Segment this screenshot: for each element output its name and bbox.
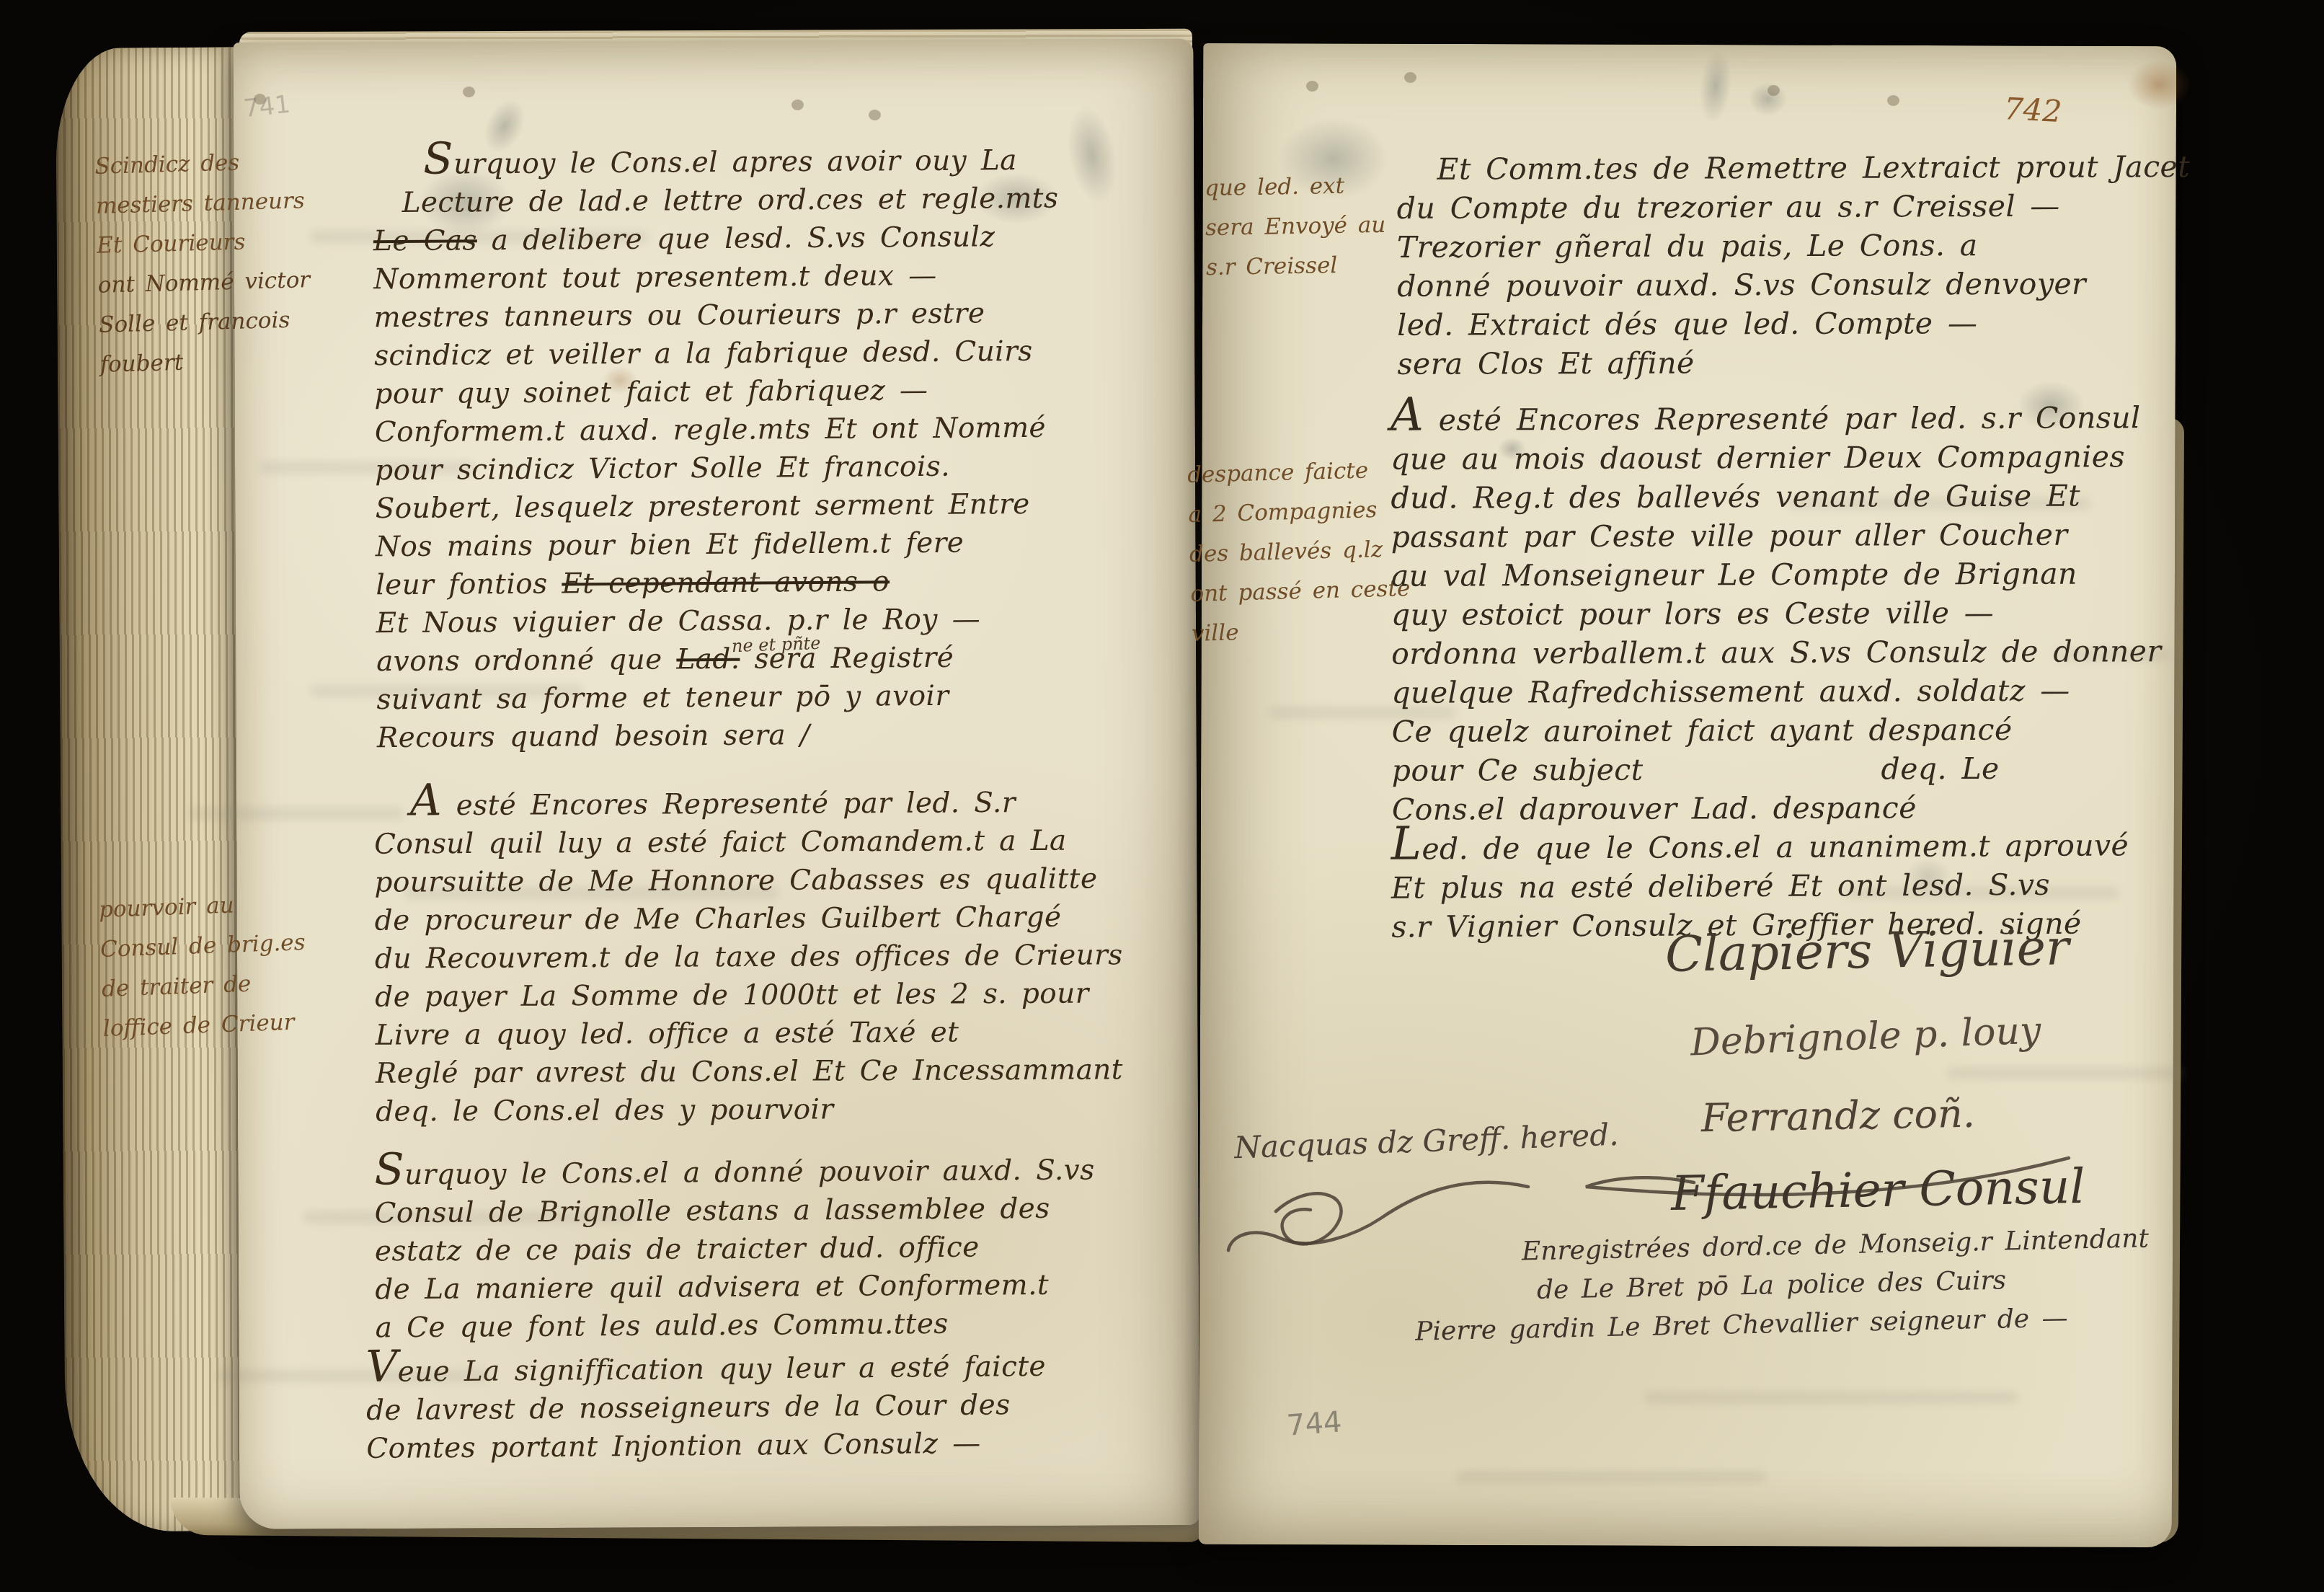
margin-note-line: que led. ext xyxy=(1205,166,1385,208)
text-line: Et plus na esté deliberé Et ont lesd. S.… xyxy=(1391,864,2129,907)
left-margin-note-top: Scindicz des mestiers tanneurs Et Courie… xyxy=(94,141,313,385)
text-line: Le Cas a delibere que lesd. S.vs Consulz xyxy=(373,218,1059,261)
text-line: Led. de que le Cons.el a unanimem.t apro… xyxy=(1391,820,2129,868)
text-line: scindicz et veiller a la fabrique desd. … xyxy=(374,332,1060,376)
text-line: dud. Reg.t des ballevés venant de Guise … xyxy=(1391,476,2160,518)
signature-consul-ferrand: Ferrandz coñ. xyxy=(1700,1091,1975,1141)
bleedthrough-line xyxy=(1946,1067,2184,1079)
text-line: leur fontios Et cependant avons o xyxy=(376,562,1061,605)
text-line: quelque Rafredchissement auxd. soldatz — xyxy=(1391,671,2161,712)
text-line: poursuitte de Me Honnore Cabasses es qua… xyxy=(374,859,1122,901)
right-paragraph-1: Et Comm.tes de Remettre Lextraict prout … xyxy=(1396,147,2191,384)
registration-note: Enregistrées dord.ce de Monseig.r Linten… xyxy=(1413,1219,2150,1351)
struck-text: Le Cas xyxy=(373,224,477,257)
margin-note-line: mestiers tanneurs xyxy=(95,181,309,226)
margin-note-line: des ballevés q.lz xyxy=(1189,529,1409,575)
signature-consul-fauchier: Ffauchier Consul xyxy=(1670,1159,2085,1221)
margin-note-line: loffice de Crieur xyxy=(102,1002,309,1049)
bleedthrough-line xyxy=(1456,1471,1766,1483)
ink-dot xyxy=(1306,81,1318,92)
stain xyxy=(1741,76,1795,123)
manuscript-scan: 741 Scindicz des mestiers tanneurs Et Co… xyxy=(0,0,2324,1592)
text-line: de La maniere quil advisera et Conformem… xyxy=(375,1266,1096,1309)
text-line: Livre a quoy led. office a esté Taxé et xyxy=(375,1012,1123,1054)
text-line: Lecture de lad.e lettre ord.ces et regle… xyxy=(373,180,1058,223)
text-line: Conformem.t auxd. regle.mts Et ont Nommé xyxy=(375,409,1060,452)
text-line: pour quy soinet faict et fabriquez — xyxy=(374,371,1060,414)
bleedthrough-line xyxy=(1644,1392,2018,1404)
text-line: de procureur de Me Charles Guilbert Char… xyxy=(375,898,1123,939)
text-line: deq. le Cons.el des y pourvoir xyxy=(376,1089,1124,1131)
margin-note-line: despance faicte xyxy=(1187,450,1407,495)
left-paragraph-4: Veue La signiffication quy leur a esté f… xyxy=(365,1343,1047,1468)
margin-note-line: pourvoir au xyxy=(98,883,304,930)
text-line: pour scindicz Victor Solle Et francois. xyxy=(375,447,1060,490)
margin-note-line: foubert xyxy=(99,340,313,385)
text-line: Nos mains pour bien Et fidellem.t fere xyxy=(376,523,1061,567)
ink-dot xyxy=(1768,85,1780,96)
text-line: Recours quand besoin sera / xyxy=(377,715,1063,758)
text-line: que au mois daoust dernier Deux Compagni… xyxy=(1391,437,2160,479)
text-line: A esté Encores Representé par led. S.r xyxy=(374,778,1122,825)
text-line: Et Nous viguier de Cassa. p.r le Roy — xyxy=(376,600,1062,643)
margin-note-line: Scindicz des xyxy=(94,141,308,187)
text-line: a Ce que font les auld.es Commu.ttes xyxy=(376,1304,1096,1348)
margin-note-line: s.r Creissel xyxy=(1205,245,1386,288)
text-line: du Compte du trezorier au s.r Creissel — xyxy=(1397,186,2191,228)
text-line: estatz de ce pais de traicter dud. offic… xyxy=(375,1228,1096,1271)
left-paragraph-3: Surquoy le Cons.el a donné pouvoir auxd.… xyxy=(374,1146,1096,1348)
ink-dot xyxy=(1404,72,1416,83)
text-line: Consul de Brignolle estans a lassemblee … xyxy=(374,1190,1095,1233)
right-margin-note-mid: despance faicte a 2 Compagnies des balle… xyxy=(1187,450,1411,654)
bleedthrough-line xyxy=(187,808,404,820)
text-line: Soubert, lesquelz presteront serment Ent… xyxy=(375,485,1060,529)
text-line: Reglé par avrest du Cons.el Et Ce Incess… xyxy=(376,1051,1124,1092)
text-line: Ce quelz auroinet faict ayant despancé xyxy=(1391,709,2161,751)
struck-text: Et cependant avons o xyxy=(562,565,890,600)
text-line: avons ordonné que Lad. sera Registré xyxy=(376,638,1062,681)
margin-note-line: Et Courieurs xyxy=(97,221,310,266)
text-line: led. Extraict dés que led. Compte — xyxy=(1397,303,2191,345)
left-paragraph-2: A esté Encores Representé par led. S.r C… xyxy=(374,778,1124,1131)
text-line: donné pouvoir auxd. S.vs Consulz denvoye… xyxy=(1397,264,2191,306)
text-line: mestres tanneurs ou Courieurs p.r estre xyxy=(374,294,1060,337)
text-line: Trezorier gñeral du pais, Le Cons. a xyxy=(1397,225,2191,267)
text-line: du Recouvrem.t de la taxe des offices de… xyxy=(375,936,1123,978)
right-paragraph-2: A esté Encores Representé par led. s.r C… xyxy=(1391,392,2162,829)
text-line: pour Ce subjectdeq. Le xyxy=(1392,748,2162,790)
text-line: Consul quil luy a esté faict Comandem.t … xyxy=(374,821,1122,863)
left-folio-pencil-number: 741 xyxy=(242,90,292,124)
margin-note-line: a 2 Compagnies xyxy=(1188,490,1409,535)
margin-note-line: sera Envoyé au xyxy=(1205,205,1386,248)
left-paragraph-1: Surquoy le Cons.el apres avoir ouy La Le… xyxy=(373,136,1063,758)
bottom-folio-pencil-number: 744 xyxy=(1285,1405,1342,1442)
text-line: au val Monseigneur Le Compte de Brignan xyxy=(1391,554,2161,596)
text-line: Surquoy le Cons.el apres avoir ouy La xyxy=(373,136,1058,185)
margin-note-line: Consul de brig.es xyxy=(99,923,306,970)
margin-note-line: de traiter de xyxy=(101,963,307,1009)
text-line: Et Comm.tes de Remettre Lextraict prout … xyxy=(1396,147,2190,189)
text-line: A esté Encores Representé par led. s.r C… xyxy=(1391,392,2160,440)
text-line: Comtes portant Injontion aux Consulz — xyxy=(366,1424,1047,1468)
text-line: sera Clos Et affiné xyxy=(1397,342,2191,384)
ink-dot xyxy=(463,87,475,97)
margin-note-line: ville xyxy=(1191,609,1411,654)
ink-dot xyxy=(1887,95,1899,106)
text-line: ordonna verballem.t aux S.vs Consulz de … xyxy=(1391,632,2161,673)
text-line: Veue La signiffication quy leur a esté f… xyxy=(365,1343,1046,1392)
margin-note-line: ont Nommé victor xyxy=(97,260,311,306)
text-line: de lavrest de nosseigneurs de la Cour de… xyxy=(366,1386,1047,1430)
text-line: suivant sa forme et teneur pō y avoir xyxy=(376,676,1062,720)
left-margin-note-mid: pourvoir au Consul de brig.es de traiter… xyxy=(98,883,309,1049)
ink-dot xyxy=(869,110,881,120)
ink-dot xyxy=(791,99,804,110)
text-line: quy estoict pour lors es Ceste ville — xyxy=(1391,593,2161,634)
right-margin-note-top: que led. ext sera Envoyé au s.r Creissel xyxy=(1205,166,1387,288)
text-line: Nommeront tout presentem.t deux — xyxy=(373,256,1059,299)
signature-viguier: Clapiers Viguier xyxy=(1664,919,2070,983)
stain xyxy=(2116,50,2202,119)
margin-note-line: ont passé en ceste xyxy=(1190,569,1411,614)
text-line: de payer La Somme de 1000tt et les 2 s. … xyxy=(375,974,1123,1016)
struck-text: Lad. xyxy=(676,643,740,676)
text-line: Surquoy le Cons.el a donné pouvoir auxd.… xyxy=(374,1146,1095,1195)
margin-note-line: Solle et francois xyxy=(98,300,311,345)
text-line: passant par Ceste ville pour aller Couch… xyxy=(1391,515,2161,557)
right-folio-number: 742 xyxy=(2003,91,2063,129)
interline-correction: ne et pñte xyxy=(732,633,821,656)
